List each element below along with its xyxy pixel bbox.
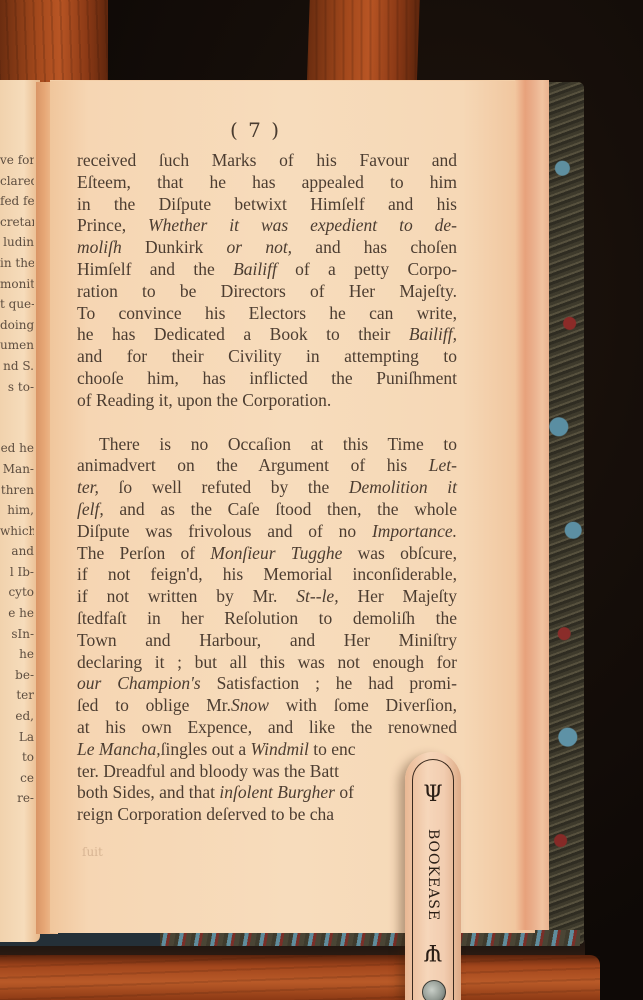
catchword: ſuit — [82, 845, 103, 859]
text-line: ſed to oblige Mr.Snow with ſome Diverſio… — [77, 695, 457, 717]
text-line: Le Mancha,ſingles out a Windmil to enc — [77, 739, 457, 761]
left-fragment-line: ed he — [0, 438, 34, 459]
text-line: our Champion's Satisfaction ; he had pro… — [77, 673, 457, 695]
left-fragment-line: La — [0, 727, 34, 748]
text-line: and for their Civility in attempting to — [77, 346, 457, 368]
left-fragment-line: ve for — [0, 150, 34, 171]
text-line: Himſelf and the Bailiff of a petty Corpo… — [77, 259, 457, 281]
left-fragment-line: him, — [0, 500, 34, 521]
text-line: ſelf, and as the Caſe ſtood then, the wh… — [77, 499, 457, 521]
marbled-cover-edge — [548, 82, 584, 944]
left-fragment-line: re- — [0, 788, 34, 809]
trident-icon: Ψ — [421, 782, 445, 808]
left-fragment-line — [0, 397, 34, 418]
text-line: Diſpute was frivolous and of no Importan… — [77, 521, 457, 543]
left-fragment-line: ter — [0, 685, 34, 706]
left-fragment-line: be- — [0, 665, 34, 686]
text-line: ter, ſo well refuted by the Demolition i… — [77, 477, 457, 499]
text-line: moliſh Dunkirk or not, and has choſen — [77, 237, 457, 259]
bookmark: Ψ BOOKEASE Ψ — [405, 752, 461, 1000]
text-line: declaring it ; but all this was not enou… — [77, 652, 457, 674]
text-line: if not written by Mr. St--le, Her Majeſt… — [77, 586, 457, 608]
bookmark-brand: BOOKEASE — [415, 810, 451, 940]
page-edges — [515, 80, 549, 930]
left-fragment-line: nd S. — [0, 356, 34, 377]
text-line: if not feign'd, his Memorial inconſidera… — [77, 564, 457, 586]
left-page-text-fragments: ve forclared,fed fe-cretaryludinin themo… — [0, 150, 34, 809]
bookmark-rivet — [422, 980, 446, 1000]
left-fragment-line — [0, 418, 34, 439]
left-fragment-line: which — [0, 521, 34, 542]
text-line: There is no Occaſion at this Time to — [77, 434, 457, 456]
left-fragment-line: ument — [0, 335, 34, 356]
left-fragment-line: to — [0, 747, 34, 768]
left-fragment-line: ed, — [0, 706, 34, 727]
left-fragment-line: ludin — [0, 232, 34, 253]
text-line: at his own Expence, and like the renowne… — [77, 717, 457, 739]
text-line: he has Dedicated a Book to their Bailiff… — [77, 324, 457, 346]
text-line: animadvert on the Argument of his Let- — [77, 455, 457, 477]
text-line: Town and Harbour, and Her Miniſtry — [77, 630, 457, 652]
left-fragment-line: clared, — [0, 171, 34, 192]
left-fragment-line: cretary — [0, 212, 34, 233]
trident-icon: Ψ — [421, 938, 445, 964]
text-line: ter. Dreadful and bloody was the Batt — [77, 761, 457, 783]
text-line: reign Corporation deſerved to be cha — [77, 804, 457, 826]
left-fragment-line: sIn- — [0, 624, 34, 645]
paragraph-1: received ſuch Marks of his Favour and Eſ… — [77, 150, 457, 412]
left-fragment-line: ce — [0, 768, 34, 789]
left-fragment-line: thren — [0, 480, 34, 501]
left-fragment-line: t que- — [0, 294, 34, 315]
left-fragment-line: and — [0, 541, 34, 562]
page-number: ( 7 ) — [230, 118, 281, 142]
text-line: Prince, Whether it was expedient to de- — [77, 215, 457, 237]
left-fragment-line: he — [0, 644, 34, 665]
text-line: Eſteem, that he has appealed to him — [77, 172, 457, 194]
left-fragment-line: s to- — [0, 377, 34, 398]
text-line: received ſuch Marks of his Favour and — [77, 150, 457, 172]
text-line: in the Diſpute betwixt Himſelf and his — [77, 194, 457, 216]
easel-ledge — [0, 955, 600, 1000]
text-line: both Sides, and that inſolent Burgher of — [77, 782, 457, 804]
text-line: chooſe him, has inflicted the Puniſhment — [77, 368, 457, 390]
left-fragment-line: in the — [0, 253, 34, 274]
text-line: The Perſon of Monſieur Tugghe was obſcur… — [77, 543, 457, 565]
left-fragment-line: doing — [0, 315, 34, 336]
page-body: received ſuch Marks of his Favour and Eſ… — [77, 150, 457, 826]
left-fragment-line: cyto — [0, 582, 34, 603]
text-line: ration to be Directors of Her Majeſty. — [77, 281, 457, 303]
text-line: ſtedfaſt in her Reſolution to demoliſh t… — [77, 608, 457, 630]
text-line: of Reading it, upon the Corporation. — [77, 390, 457, 412]
left-fragment-line: Man- — [0, 459, 34, 480]
left-fragment-line: monite, — [0, 274, 34, 295]
text-line: To convince his Electors he can write, — [77, 303, 457, 325]
left-fragment-line: l Ib- — [0, 562, 34, 583]
left-fragment-line: e he — [0, 603, 34, 624]
left-fragment-line: fed fe- — [0, 191, 34, 212]
paragraph-2: There is no Occaſion at this Time to ani… — [77, 434, 457, 826]
